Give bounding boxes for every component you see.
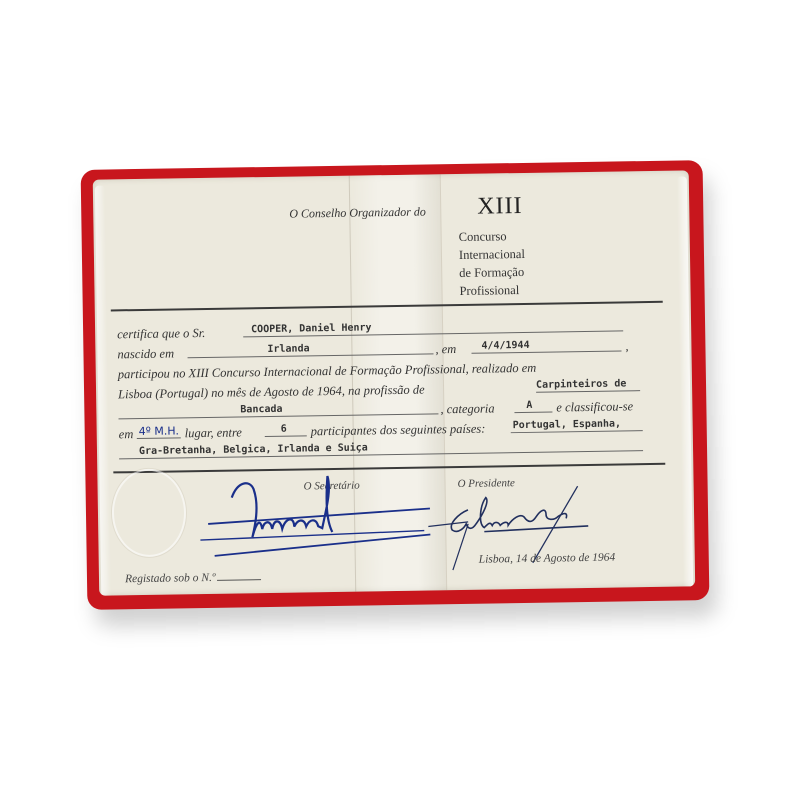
plastic-glare-right (677, 176, 694, 595)
registration-text: Registado sob o N.º (125, 572, 216, 585)
certify-label: certifica que o Sr. (117, 326, 205, 342)
event-line: de Formação (459, 263, 525, 282)
edition-numeral: XIII (477, 193, 523, 221)
comma: , (625, 339, 628, 354)
place-field: 4º M.H. (137, 424, 181, 439)
participants-label: participantes dos seguintes países: (311, 422, 486, 440)
category-label: , categoria (440, 401, 494, 417)
classified-label: e classificou-se (556, 399, 633, 415)
place-date-text: Lisboa, 14 de Agosto de 1964 (479, 552, 616, 566)
em-label: em (119, 427, 134, 442)
event-title: Concurso Internacional de Formação Profi… (459, 227, 526, 300)
event-line: Concurso (459, 227, 525, 246)
birthdate-field: 4/4/1944 (471, 337, 621, 353)
issuer-text: O Conselho Organizador do (289, 204, 426, 221)
registration-label: Registado sob o N.º (125, 571, 262, 585)
certificate-paper: O Conselho Organizador do XIII Concurso … (93, 170, 695, 595)
profession-field-1: Carpinteiros de (536, 377, 640, 393)
born-label: nascido em (117, 346, 174, 362)
born-on-label: , em (435, 342, 456, 357)
participation-text: participou no XIII Concurso Internaciona… (118, 361, 537, 383)
participants-field: 6 (265, 422, 307, 437)
embossed-seal (111, 468, 186, 557)
countries-field-1: Portugal, Espanha, (511, 417, 643, 433)
certificate-card: O Conselho Organizador do XIII Concurso … (81, 160, 710, 610)
name-field: COOPER, Daniel Henry (243, 317, 623, 337)
secretary-signature (193, 468, 434, 562)
plastic-glare-left (95, 186, 112, 596)
event-line: Profissional (459, 281, 525, 300)
category-field: A (514, 399, 552, 414)
registration-field (218, 579, 262, 581)
event-line: Internacional (459, 245, 525, 264)
place-label: lugar, entre (185, 425, 242, 441)
